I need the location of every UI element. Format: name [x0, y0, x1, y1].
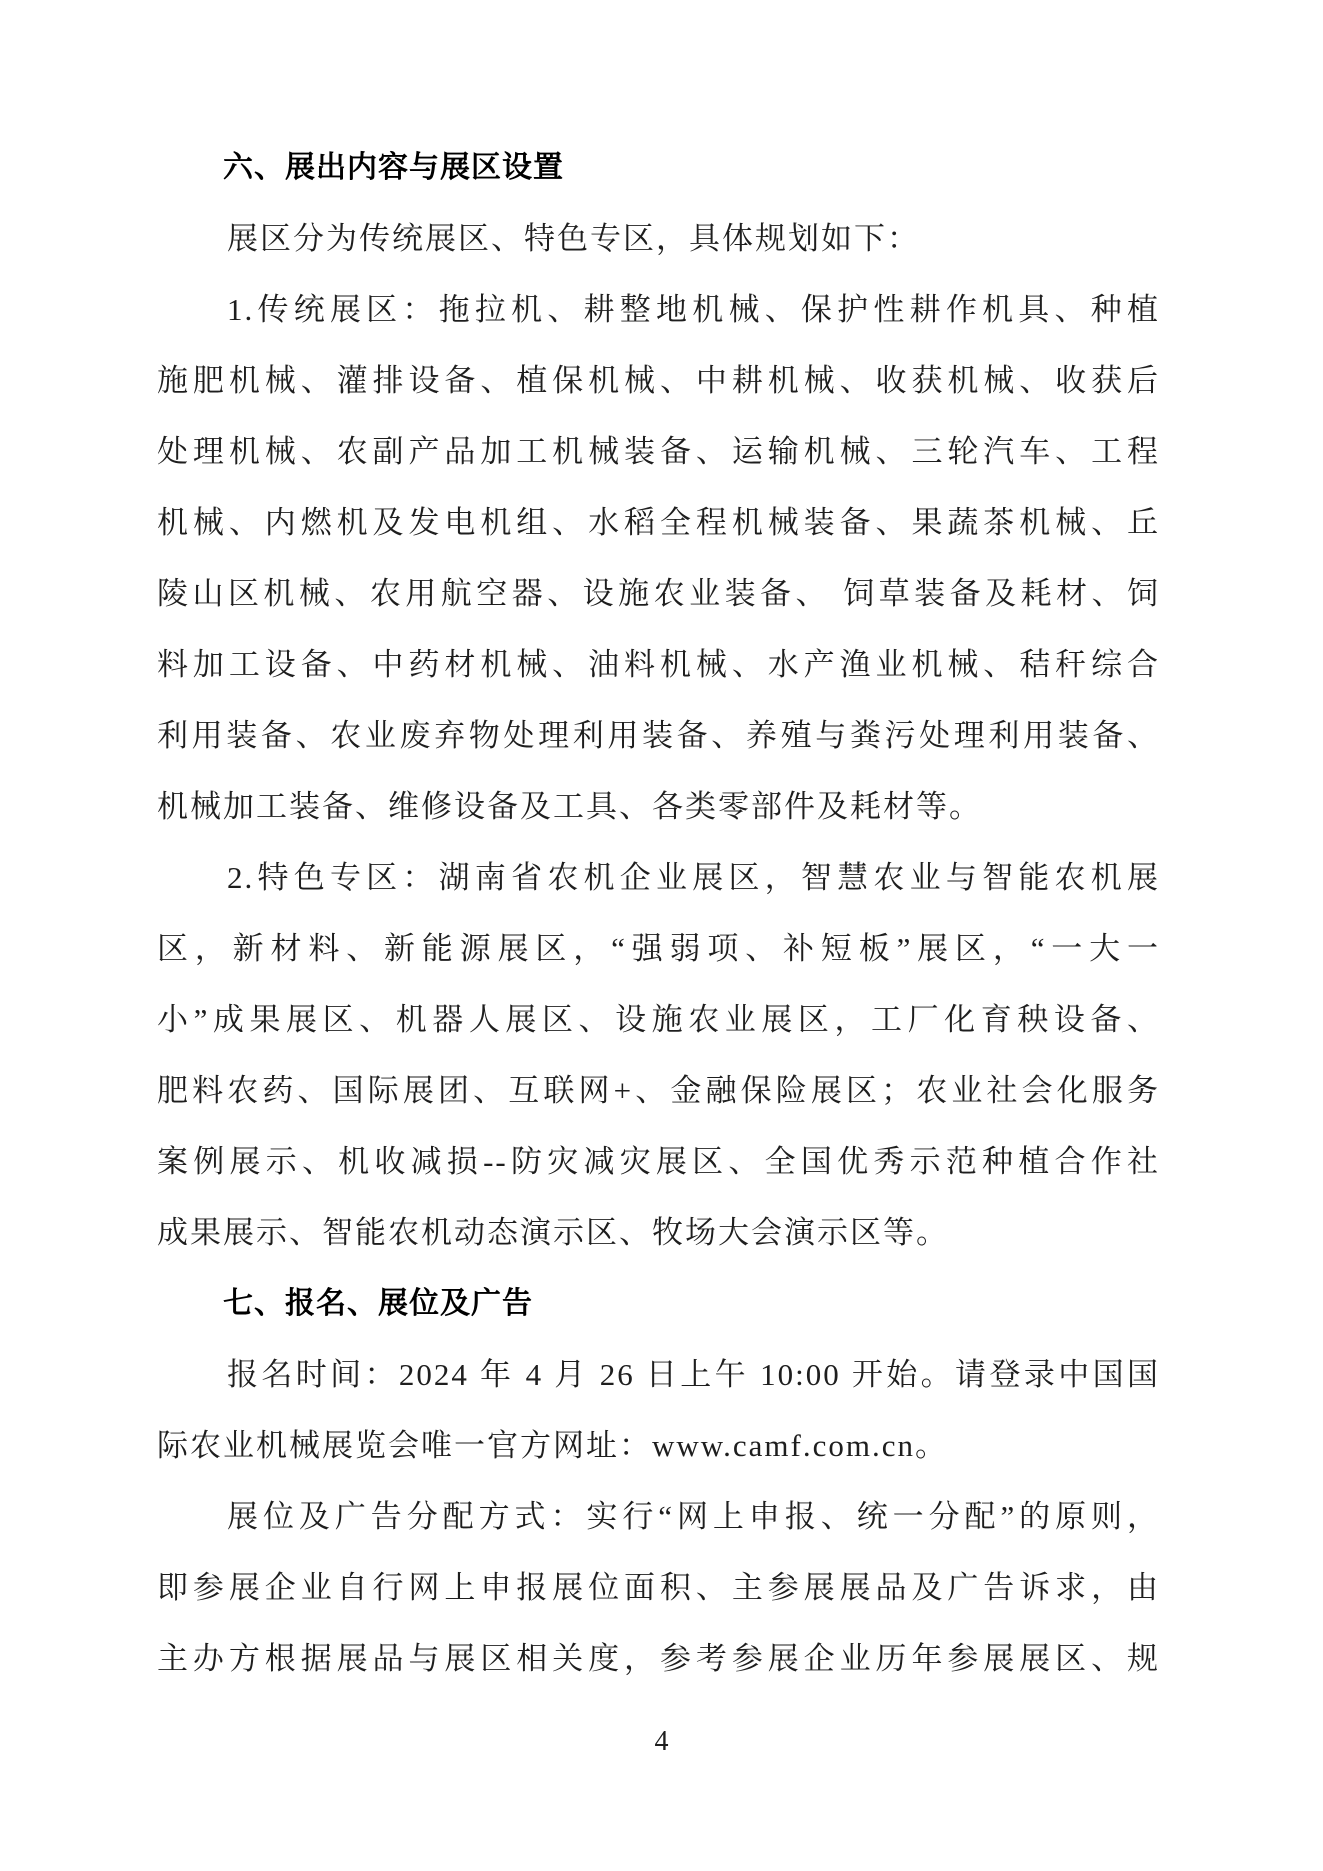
paragraph-line: 展区分为传统展区、特色专区，具体规划如下： [157, 203, 1160, 274]
paragraph-line: 案例展示、机收减损--防灾减灾展区、全国优秀示范种植合作社 [157, 1126, 1160, 1197]
paragraph-line: 小”成果展区、机器人展区、设施农业展区，工厂化育秧设备、 [157, 984, 1160, 1055]
document-body: 六、展出内容与展区设置 展区分为传统展区、特色专区，具体规划如下： 1.传统展区… [157, 132, 1160, 1694]
section-heading-exhibit-content: 六、展出内容与展区设置 [157, 132, 1160, 203]
paragraph-line: 肥料农药、国际展团、互联网+、金融保险展区；农业社会化服务 [157, 1055, 1160, 1126]
paragraph-line: 报名时间：2024 年 4 月 26 日上午 10:00 开始。请登录中国国 [157, 1339, 1160, 1410]
paragraph-line: 机械加工装备、维修设备及工具、各类零部件及耗材等。 [157, 771, 1160, 842]
paragraph-line: 陵山区机械、农用航空器、设施农业装备、 饲草装备及耗材、饲 [157, 558, 1160, 629]
paragraph-line: 机械、内燃机及发电机组、水稻全程机械装备、果蔬茶机械、丘 [157, 487, 1160, 558]
section-heading-registration: 七、报名、展位及广告 [157, 1268, 1160, 1339]
paragraph-line: 即参展企业自行网上申报展位面积、主参展展品及广告诉求，由 [157, 1552, 1160, 1623]
paragraph-line: 施肥机械、灌排设备、植保机械、中耕机械、收获机械、收获后 [157, 345, 1160, 416]
paragraph-line: 1.传统展区：拖拉机、耕整地机械、保护性耕作机具、种植 [157, 274, 1160, 345]
paragraph-line: 展位及广告分配方式：实行“网上申报、统一分配”的原则， [157, 1481, 1160, 1552]
paragraph-line: 2.特色专区：湖南省农机企业展区，智慧农业与智能农机展 [157, 842, 1160, 913]
paragraph-line: 料加工设备、中药材机械、油料机械、水产渔业机械、秸秆综合 [157, 629, 1160, 700]
paragraph-line: 利用装备、农业废弃物处理利用装备、养殖与粪污处理利用装备、 [157, 700, 1160, 771]
paragraph-line: 主办方根据展品与展区相关度，参考参展企业历年参展展区、规 [157, 1623, 1160, 1694]
paragraph-line: 际农业机械展览会唯一官方网址：www.camf.com.cn。 [157, 1410, 1160, 1481]
paragraph-line: 成果展示、智能农机动态演示区、牧场大会演示区等。 [157, 1197, 1160, 1268]
paragraph-line: 处理机械、农副产品加工机械装备、运输机械、三轮汽车、工程 [157, 416, 1160, 487]
page-number: 4 [0, 1712, 1323, 1772]
paragraph-line: 区，新材料、新能源展区，“强弱项、补短板”展区，“一大一 [157, 913, 1160, 984]
